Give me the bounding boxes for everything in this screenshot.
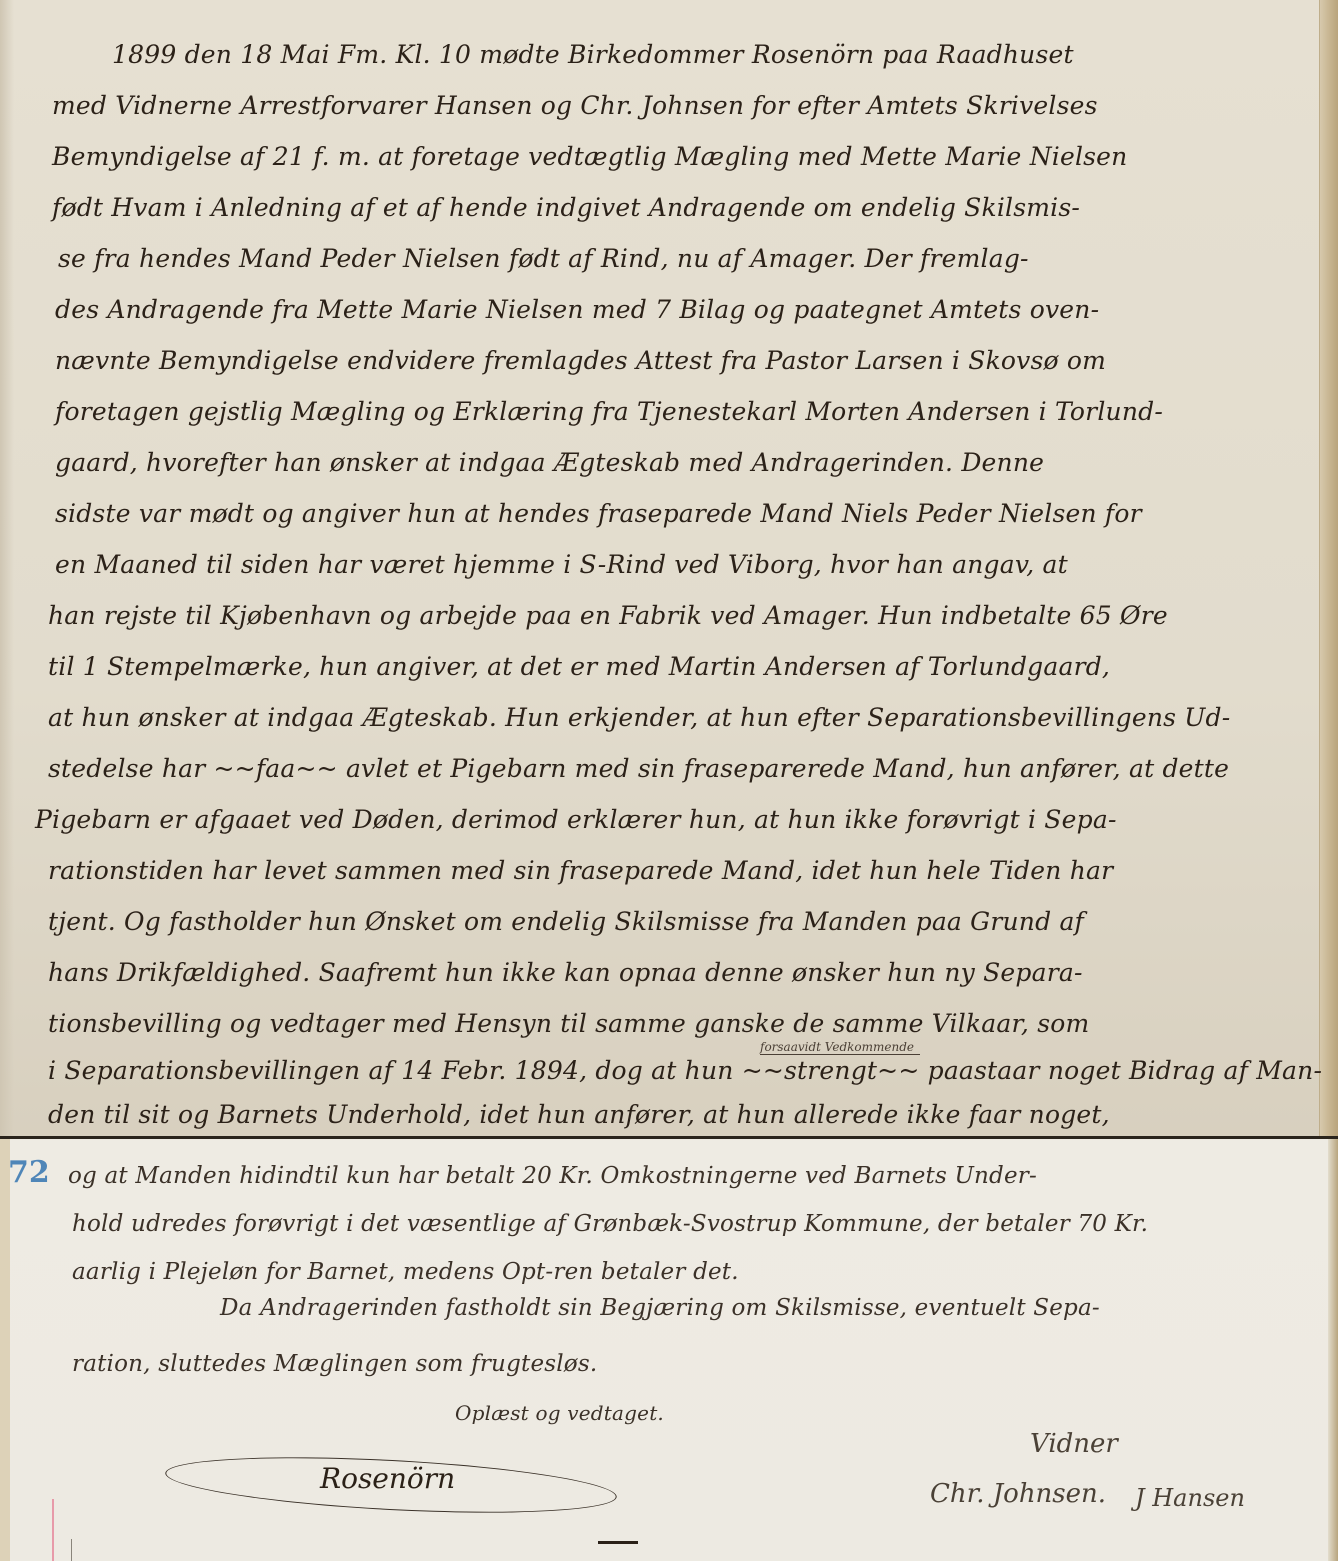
- text-line-10: sidste var mødt og angiver hun at hendes…: [55, 499, 1142, 528]
- text-line-1: 1899 den 18 Mai Fm. Kl. 10 mødte Birkedo…: [112, 40, 1074, 69]
- text-line-9: gaard, hvorefter han ønsker at indgaa Æg…: [55, 448, 1044, 477]
- text-line-14: at hun ønsker at indgaa Ægteskab. Hun er…: [48, 703, 1230, 732]
- book-spine-edge: [1319, 0, 1338, 1136]
- text-line-8: foretagen gejstlig Mægling og Erklæring …: [55, 397, 1163, 426]
- margin-rule-grey: [71, 1539, 72, 1561]
- text-line-18: tjent. Og fastholder hun Ønsket om endel…: [48, 907, 1084, 936]
- text-line-15: stedelse har ~~faa~~ avlet et Pigebarn m…: [48, 754, 1229, 783]
- text-line-22: den til sit og Barnets Underhold, idet h…: [48, 1100, 1110, 1129]
- page-shadow: [0, 0, 14, 1136]
- closing-formula: Oplæst og vedtaget.: [455, 1401, 664, 1425]
- text-line-6: des Andragende fra Mette Marie Nielsen m…: [55, 295, 1099, 324]
- text-line-21: i Separationsbevillingen af 14 Febr. 189…: [48, 1056, 1322, 1085]
- text-line-3: Bemyndigelse af 21 f. m. at foretage ved…: [52, 142, 1127, 171]
- lower-paragraph-line-2: ration, sluttedes Mæglingen som frugtesl…: [72, 1351, 597, 1377]
- text-line-5: se fra hendes Mand Peder Nielsen født af…: [58, 244, 1029, 273]
- text-line-2: med Vidnerne Arrestforvarer Hansen og Ch…: [52, 91, 1098, 120]
- witnesses-label: Vidner: [1030, 1429, 1118, 1459]
- witness-signature-2: J Hansen: [1135, 1484, 1245, 1512]
- lower-text-line-3: aarlig i Plejeløn for Barnet, medens Opt…: [72, 1259, 739, 1285]
- text-line-17: rationstiden har levet sammen med sin fr…: [48, 856, 1113, 885]
- page-left-edge: [0, 1139, 10, 1561]
- folio-number: 72: [8, 1155, 50, 1190]
- text-line-4: født Hvam i Anledning af et af hende ind…: [52, 193, 1080, 222]
- text-line-20: tionsbevilling og vedtager med Hensyn ti…: [48, 1009, 1089, 1038]
- text-line-7: nævnte Bemyndigelse endvidere fremlagdes…: [55, 346, 1106, 375]
- text-line-13: til 1 Stempelmærke, hun angiver, at det …: [48, 652, 1110, 681]
- lower-text-line-1: og at Manden hidindtil kun har betalt 20…: [68, 1163, 1037, 1189]
- text-line-16: Pigebarn er afgaaet ved Døden, derimod e…: [35, 805, 1117, 834]
- book-spine-edge: [1328, 1139, 1338, 1561]
- judge-signature: Rosenörn: [320, 1462, 455, 1495]
- ink-stroke-mark: [598, 1541, 638, 1544]
- text-line-12: han rejste til Kjøbenhavn og arbejde paa…: [48, 601, 1168, 630]
- witness-signature-1: Chr. Johnsen.: [930, 1479, 1106, 1509]
- insertion-underline: [760, 1054, 920, 1055]
- text-line-19: hans Drikfældighed. Saafremt hun ikke ka…: [48, 958, 1083, 987]
- upper-page: 1899 den 18 Mai Fm. Kl. 10 mødte Birkedo…: [0, 0, 1338, 1136]
- lower-page: 72 og at Manden hidindtil kun har betalt…: [0, 1136, 1338, 1561]
- interlinear-insertion: forsaavidt Vedkommende: [760, 1040, 914, 1054]
- lower-paragraph-line-1: Da Andragerinden fastholdt sin Begjæring…: [220, 1295, 1100, 1321]
- text-line-11: en Maaned til siden har været hjemme i S…: [55, 550, 1068, 579]
- lower-text-line-2: hold udredes forøvrigt i det væsentlige …: [72, 1211, 1148, 1237]
- margin-rule-pink: [52, 1499, 54, 1561]
